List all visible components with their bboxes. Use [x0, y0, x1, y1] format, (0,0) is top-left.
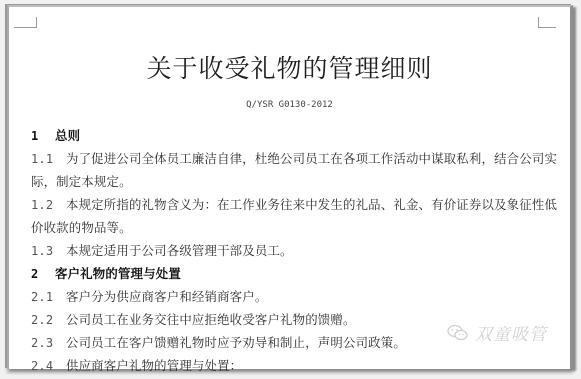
clause-continuation: 际，制定本规定。 [31, 170, 561, 193]
clause-number: 1.1 [31, 148, 66, 171]
wechat-icon [447, 324, 469, 342]
clause: 1.1为了促进公司全体员工廉洁自律，杜绝公司员工在各项工作活动中谋取私利，结合公… [31, 147, 561, 170]
margin-corner-top-left-icon [14, 17, 37, 28]
clause: 2.1客户分为供应商客户和经销商客户。 [31, 285, 561, 308]
document-viewer: 关于收受礼物的管理细则 Q/YSR G0130-2012 1总则 1.1为了促进… [0, 0, 581, 379]
clause-number: 2.2 [31, 309, 66, 332]
section-number: 1 [31, 125, 55, 148]
section-title: 客户礼物的管理与处置 [55, 266, 181, 281]
clause-text: 际，制定本规定。 [31, 174, 132, 189]
clause-text: 公司员工在客户馈赠礼物时应予劝导和制止，声明公司政策。 [66, 335, 406, 350]
section-heading: 1总则 [31, 124, 561, 147]
watermark-text: 双童吸管 [475, 320, 547, 345]
document-title: 关于收受礼物的管理细则 [9, 49, 570, 85]
watermark: 双童吸管 [447, 320, 547, 345]
clause-text: 本规定所指的礼物含义为：在工作业务往来中发生的礼品、礼金、有价证券以及象征性低 [66, 197, 557, 212]
clause-text: 公司员工在业务交往中应拒绝收受客户礼物的馈赠。 [66, 312, 356, 327]
clause-number: 2.4 [31, 355, 66, 378]
margin-corner-top-right-icon [538, 17, 556, 28]
clause: 1.2本规定所指的礼物含义为：在工作业务往来中发生的礼品、礼金、有价证券以及象征… [31, 193, 561, 216]
document-number: Q/YSR G0130-2012 [9, 100, 570, 110]
clause-number: 2.3 [31, 332, 66, 355]
section-heading: 2客户礼物的管理与处置 [31, 262, 561, 285]
clause-text: 供应商客户礼物的管理与处置： [66, 358, 242, 373]
clause-text: 客户分为供应商客户和经销商客户。 [66, 289, 267, 304]
clause-continuation: 价收款的物品等。 [31, 216, 561, 239]
section-title: 总则 [55, 128, 80, 143]
clause-text: 价收款的物品等。 [31, 220, 132, 235]
clause: 1.3本规定适用于公司各级管理干部及员工。 [31, 239, 561, 262]
clause-number: 1.2 [31, 194, 66, 217]
clause-number: 2.1 [31, 286, 66, 309]
document-page: 关于收受礼物的管理细则 Q/YSR G0130-2012 1总则 1.1为了促进… [7, 5, 573, 369]
clause-text: 为了促进公司全体员工廉洁自律，杜绝公司员工在各项工作活动中谋取私利，结合公司实 [66, 151, 557, 166]
section-number: 2 [31, 263, 55, 286]
clause: 2.4供应商客户礼物的管理与处置： [31, 354, 561, 377]
clause-number: 1.3 [31, 240, 66, 263]
clause-text: 本规定适用于公司各级管理干部及员工。 [66, 243, 293, 258]
